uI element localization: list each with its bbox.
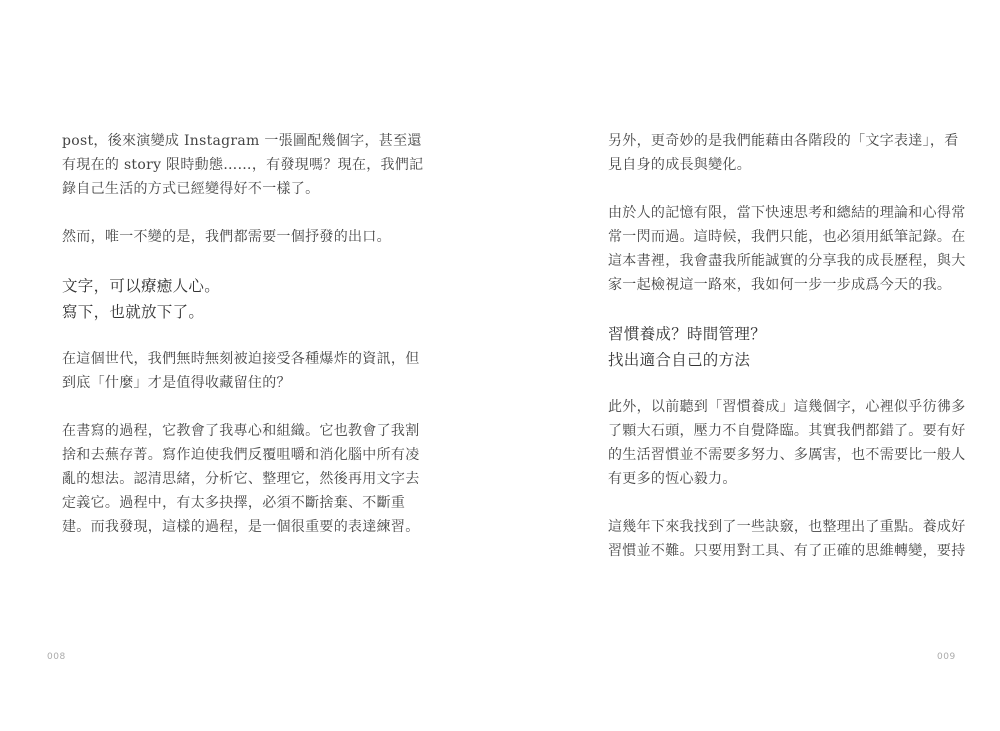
heading-line: 寫下，也就放下了。 bbox=[62, 299, 392, 325]
left-page: post，後來演變成 Instagram 一張圖配幾個字，甚至還 有現在的 st… bbox=[0, 0, 500, 731]
text-line: 習慣並不難。只要用對工具、有了正確的思維轉變，要持 bbox=[608, 539, 938, 563]
text-line: 有更多的恆心毅力。 bbox=[608, 467, 938, 491]
text-line: 這幾年下來我找到了一些訣竅，也整理出了重點。養成好 bbox=[608, 515, 938, 539]
text-line: 在這個世代，我們無時無刻被迫接受各種爆炸的資訊，但 bbox=[62, 347, 392, 371]
paragraph: 由於人的記憶有限，當下快速思考和總結的理論和心得常 常一閃而過。這時候，我們只能… bbox=[608, 201, 938, 297]
text-line: 另外，更奇妙的是我們能藉由各階段的「文字表達」，看 bbox=[608, 129, 938, 153]
heading-line: 習慣養成？時間管理？ bbox=[608, 321, 938, 347]
text-line: 家一起檢視這一路來，我如何一步一步成爲今天的我。 bbox=[608, 273, 938, 297]
right-page-text: 另外，更奇妙的是我們能藉由各階段的「文字表達」，看 見自身的成長與變化。 由於人… bbox=[608, 129, 938, 587]
paragraph: 在這個世代，我們無時無刻被迫接受各種爆炸的資訊，但 到底「什麼」才是值得收藏留住… bbox=[62, 347, 392, 395]
right-page: 另外，更奇妙的是我們能藉由各階段的「文字表達」，看 見自身的成長與變化。 由於人… bbox=[500, 0, 1000, 731]
heading-line: 文字，可以療癒人心。 bbox=[62, 273, 392, 299]
text-line: 定義它。過程中，有太多抉擇，必須不斷捨棄、不斷重 bbox=[62, 491, 392, 515]
text-line: post，後來演變成 Instagram 一張圖配幾個字，甚至還 bbox=[62, 129, 392, 153]
text-line: 捨和去蕪存菁。寫作迫使我們反覆咀嚼和消化腦中所有凌 bbox=[62, 443, 392, 467]
paragraph: 此外，以前聽到「習慣養成」這幾個字，心裡似乎彷彿多 了顆大石頭，壓力不自覺降臨。… bbox=[608, 395, 938, 491]
page-number: 008 bbox=[47, 652, 66, 662]
paragraph: 然而，唯一不變的是，我們都需要一個抒發的出口。 bbox=[62, 225, 392, 249]
paragraph: post，後來演變成 Instagram 一張圖配幾個字，甚至還 有現在的 st… bbox=[62, 129, 392, 201]
paragraph: 在書寫的過程，它教會了我專心和組織。它也教會了我割 捨和去蕪存菁。寫作迫使我們反… bbox=[62, 419, 392, 539]
text-line: 錄自己生活的方式已經變得好不一樣了。 bbox=[62, 177, 392, 201]
section-heading: 文字，可以療癒人心。 寫下，也就放下了。 bbox=[62, 273, 392, 325]
text-line: 這本書裡，我會盡我所能誠實的分享我的成長歷程，與大 bbox=[608, 249, 938, 273]
text-line: 亂的想法。認清思緒，分析它、整理它，然後再用文字去 bbox=[62, 467, 392, 491]
text-line: 有現在的 story 限時動態……，有發現嗎？現在，我們記 bbox=[62, 153, 392, 177]
paragraph: 這幾年下來我找到了一些訣竅，也整理出了重點。養成好 習慣並不難。只要用對工具、有… bbox=[608, 515, 938, 563]
page-number: 009 bbox=[937, 652, 956, 662]
text-line: 到底「什麼」才是值得收藏留住的？ bbox=[62, 371, 392, 395]
heading-line: 找出適合自己的方法 bbox=[608, 347, 938, 373]
text-line: 建。而我發現，這樣的過程，是一個很重要的表達練習。 bbox=[62, 515, 392, 539]
text-line: 了顆大石頭，壓力不自覺降臨。其實我們都錯了。要有好 bbox=[608, 419, 938, 443]
left-page-text: post，後來演變成 Instagram 一張圖配幾個字，甚至還 有現在的 st… bbox=[62, 129, 392, 563]
text-line: 的生活習慣並不需要多努力、多厲害，也不需要比一般人 bbox=[608, 443, 938, 467]
text-line: 由於人的記憶有限，當下快速思考和總結的理論和心得常 bbox=[608, 201, 938, 225]
text-line: 此外，以前聽到「習慣養成」這幾個字，心裡似乎彷彿多 bbox=[608, 395, 938, 419]
text-line: 見自身的成長與變化。 bbox=[608, 153, 938, 177]
text-line: 常一閃而過。這時候，我們只能，也必須用紙筆記錄。在 bbox=[608, 225, 938, 249]
section-heading: 習慣養成？時間管理？ 找出適合自己的方法 bbox=[608, 321, 938, 373]
paragraph: 另外，更奇妙的是我們能藉由各階段的「文字表達」，看 見自身的成長與變化。 bbox=[608, 129, 938, 177]
text-line: 然而，唯一不變的是，我們都需要一個抒發的出口。 bbox=[62, 225, 392, 249]
text-line: 在書寫的過程，它教會了我專心和組織。它也教會了我割 bbox=[62, 419, 392, 443]
